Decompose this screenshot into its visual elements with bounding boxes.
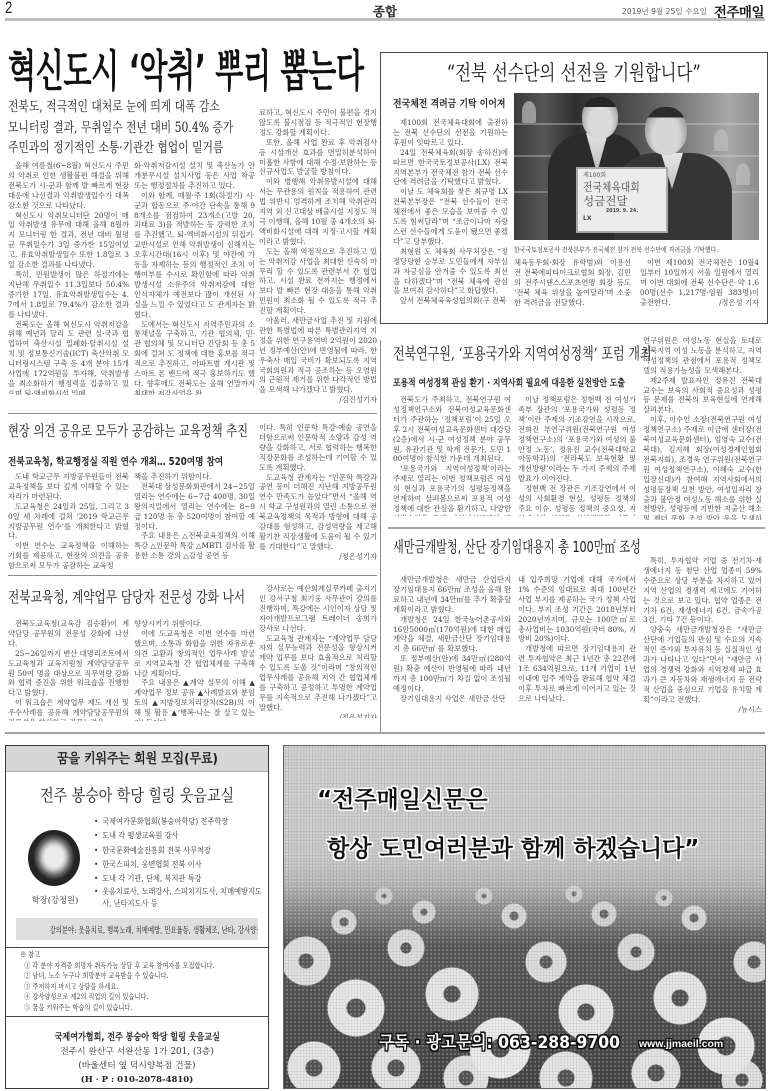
bullet-icon: • <box>94 858 102 872</box>
headline: 전북교육청, 계약업무 담당자 전문성 강화 나서 <box>8 588 245 607</box>
paragraph: 이날 도 체육회를 찾은 최규명 LX 전북본부장은 “전북 선수들이 전국체전… <box>393 187 508 246</box>
headline-container: “전북 선수단의 선전을 기원합니다” <box>380 60 768 86</box>
paragraph: 내 입주희망 기업에 대해 국가에서 1% 수준의 임대료로 최대 100년간 … <box>518 575 636 644</box>
subheadline: 전북도, 적극적인 대처로 눈에 띄게 대폭 감소 모니터링 결과, 무취일수 … <box>8 97 233 159</box>
credential-item: •웃음치료사, 노래강사, 스피치지도사, 치매예방지도사, 난타지도사 등 <box>94 886 265 910</box>
paragraph: 특히, 투자협약 기업 중 전기차·재생에너지 등 첨단 산업 업종이 59% … <box>643 556 762 625</box>
address: 전주시 완산구 서완산동 1가 201, (3층) <box>6 1045 268 1059</box>
note-item: ② 남녀, 노소 누구나 희망분야 교육받을 수 있습니다. <box>20 971 266 982</box>
paragraph: 화·악취저감시설 설치 및 축산농가 안개분무시설 설치사업 등은 사업 착공 … <box>134 161 255 191</box>
headline: 현장 의견 공유로 모두가 공감하는 교육정책 추진 <box>8 423 248 441</box>
header-rule <box>5 18 765 21</box>
paragraph: 도교육청 관계자는 “인문학 특강과 공연 등이 더해진 지난해 지방공무원 연… <box>259 473 377 552</box>
instructor-caption: 학장(강정원) <box>18 894 92 906</box>
lecture-fields-box: 강의분야: 웃음치료, 행복노래, 치매예방, 민요율동, 생활체조, 난타, … <box>16 918 258 940</box>
credential-text: 도내 각 기관, 단체, 복지관 특강 <box>102 874 201 883</box>
credential-item: •국제여가문화협회(봉숭아학당) 전주학장 <box>94 815 265 829</box>
article-column-1: 새만금개발청은 새만금 산업단지 장기임대용지 66만㎡ 조성을 올해 완료하고… <box>393 575 511 725</box>
ad-title-container: 전주 봉숭아 학당 힐링 웃음교실 <box>6 784 268 808</box>
lecture-fields: 강의분야: 웃음치료, 행복노래, 치매예방, 민요율동, 생활체조, 난타, … <box>50 919 258 940</box>
subheadline: 포용적 여성정책 관심 환기 · 지역사회 필요에 대응한 실천방안 도출 <box>393 375 625 389</box>
article-column-3: 료하고, 혁신도시 주민이 불편을 겪지 않도록 불시점검 등 적극적인 현장행… <box>259 108 377 406</box>
credential-text: 한국문화예술진흥회 전북 사무처장 <box>102 846 211 855</box>
subscription-contact: 구독 · 광고문의: 063-288-9700 <box>379 1032 620 1054</box>
paragraph: 향상시키기 위함이다. <box>134 619 255 629</box>
column-divider <box>380 340 381 732</box>
paragraph: 이다. 특히 인문학 특강·예술 공연을 더함으로써 인문학적 소양과 감성 역… <box>259 423 377 473</box>
paragraph: 책을 추진하기 위함이다. <box>134 472 255 482</box>
headline: 새만금개발청, 산단 장기임대용지 총 100만㎡ 조성 <box>393 538 641 557</box>
paragraph: 최형원 도 체육회 사무처장은 “정정당당한 승부로 도민들에게 자부심과 자긍… <box>393 247 508 297</box>
notes-title: ※ 참고 <box>20 950 266 961</box>
article-divider <box>8 413 377 414</box>
promo-slogan-line-2: 항상 도민여러분과 함께 하겠습니다” <box>327 835 699 863</box>
note-item: ③ 주저하지 마시고 상담을 하세요. <box>20 982 266 993</box>
paragraph: 체육동우회·회장 유학범)와 이용선 전 전북에피타이크로협회 회장, 김민의 … <box>514 258 631 308</box>
headline: 전북연구원, ‘포용국가와 지역여성정책’ 포럼 개최 <box>393 344 652 364</box>
credential-item: •한국스피치, 웅변협회 전북 이사 <box>94 858 265 872</box>
paragraph: 특히, 민원발생이 많은 하절기에는 지난해 무취일수 11.3일보다 50.4… <box>8 270 129 320</box>
website-url: www.jjmaeil.com <box>639 1037 723 1051</box>
article-column-1: 올해 여름철(6~8월) 혁신도시 주민의 악취로 인한 생활불편 해결을 위해… <box>8 161 129 395</box>
credentials-list: •국제여가문화협회(봉숭아학당) 전주학장 •도내 각 평생교육원 강사 •한국… <box>94 815 265 910</box>
photo-caption: 한국국토정보공사 전북본부가 전국체전 참가 전북 선수단에 격려금을 기탁했다… <box>514 244 718 254</box>
article-column-2: 화·악취저감시설 설치 및 축산농가 안개분무시설 설치사업 등은 사업 착공 … <box>134 161 255 395</box>
paragraph: 앞서 전북체육육성협의회(구 전북 <box>393 296 508 306</box>
notes-section: ※ 참고 ① 각 분야 자격증 희망자 취득가능 상담 후 교육 참여자를 모집… <box>20 950 266 1014</box>
donation-sign-board: 제100회 전국체육대회 성금전달 2019. 9. 24. LX <box>576 167 668 233</box>
credential-text: 도내 각 평생교육원 강사 <box>102 831 178 840</box>
trophy-icon <box>714 129 728 151</box>
paragraph: 전북대 삼성문화회관에서 24~25일 열리는 연수에는 6~7급 400명, … <box>134 482 255 532</box>
paragraph: 전북도가 주최하고, 전북연구원 여성정책연구소와 전북여성교육문화센터가 주관… <box>393 395 511 464</box>
subheadline-line: 전북도, 적극적인 대처로 눈에 띄게 대폭 감소 <box>8 97 233 118</box>
ad-contact-footer: 국제여가협회, 전주 봉숭아 학당 힐링 웃음교실 전주시 완산구 서완산동 1… <box>6 1025 268 1087</box>
credential-item: •한국문화예술진흥회 전북 사무처장 <box>94 844 265 858</box>
article-divider <box>388 527 765 529</box>
paragraph: 도는 올해 역점적으로 추진하고 있는 악취저감 사업을 최대한 신속히 마무리… <box>259 247 377 316</box>
note-item: ① 각 분야 자격증 희망자 취득가능 상담 후 교육 참여자를 모집합니다. <box>20 961 266 972</box>
paragraph: 이와 함께, 매월·주 1회(하절기) 시·군과 합동으로 주·야간 단속을 통… <box>134 191 255 320</box>
paragraph: ‘포용국가와 지역여성정책’이라는 주제로 열리는 이번 정책포럼은 여성의 현… <box>393 464 511 516</box>
paragraph: 개발청에 따르면 장기임대용지 관련 투자협약은 최근 1년간 총 22건에 1… <box>518 644 636 703</box>
paragraph: 제2주제 발표자인 정유진 전북대 교수는 보육의 사회적 중요성과 성평등 문… <box>643 376 762 416</box>
article-column-1: 전북도가 주최하고, 전북연구원 여성정책연구소와 전북여성교육문화센터가 주관… <box>393 395 511 516</box>
paragraph: 또한, 올해 사업 완료 후 악취검사 등 시설개선 효과를 면밀히분석하여 미… <box>259 138 377 178</box>
article-photo: 제100회 전국체육대회 성금전달 2019. 9. 24. LX <box>514 93 759 240</box>
ad-banner: 꿈을 키워주는 회원 모집(무료) <box>6 746 268 772</box>
paragraph-text: 이후, 이수인 소장(전북연구원 여성정책연구소) 주재로 이금애 센터장(전북… <box>643 415 762 520</box>
address-landmark: (바울센터 옆 덕시양복점 건물) <box>6 1059 268 1073</box>
paragraph: 이날 정책포럼은 정현백 전 여성가족부 장관의 ‘포용국가와 성평등 정책’이… <box>518 395 636 484</box>
paragraph: 아울러, 새만금사업 추진 및 지원에 관한 특별법에 따른 특별관리지역 지정… <box>259 316 377 395</box>
credential-text: 국제여가문화협회(봉숭아학당) 전주학장 <box>102 817 228 826</box>
trophy-icon <box>736 163 750 185</box>
ad-divider <box>6 947 268 948</box>
sign-subtitle: 성금전달 <box>583 194 661 208</box>
bullet-icon: • <box>94 872 102 886</box>
article-column-3: 특히, 투자협약 기업 중 전기차·재생에너지 등 첨단 산업 업종이 59% … <box>643 556 762 728</box>
bullet-icon: • <box>94 829 102 843</box>
article-column-2: 체육동우회·회장 유학범)와 이용선 전 전북에피타이크로협회 회장, 김민의 … <box>514 258 631 318</box>
ad-laughter-class: 꿈을 키워주는 회원 모집(무료) 전주 봉숭아 학당 힐링 웃음교실 학장(강… <box>5 745 269 1089</box>
ad-title: 전주 봉숭아 학당 힐링 웃음교실 <box>40 784 234 808</box>
subheadline: 전북교육청, 학교행정실 직원 연수 개최… 520여명 참여 <box>8 453 223 468</box>
paragraph: 이에 도교육청은 이번 연수를 마련했으며, 소통과 화합을 위한 자유로운 의… <box>134 629 255 679</box>
paragraph: 이번 제100회 전국체전은 10월4일부터 10일까지 서울 일원에서 열리며… <box>640 258 759 308</box>
byline: /뉴시스 <box>643 705 762 715</box>
paragraph: 24일 전북체육회(회장 송하진)에 따르면 한국국토정보공사(LX) 전북지역… <box>393 148 508 188</box>
article-column-2: 향상시키기 위함이다. 이에 도교육청은 이번 연수를 마련했으며, 소통과 화… <box>134 619 255 721</box>
organization-name: 국제여가협회, 전주 봉숭아 학당 힐링 웃음교실 <box>54 1031 219 1045</box>
article-column-3: 강사로는 예산회계실무카페 출지기인 강서구청 최기웅 사무관이 강의를 진행하… <box>259 584 377 718</box>
lx-logo-icon: LX <box>583 215 661 223</box>
paragraph: 장기임대용지 사업은 새만금 산단 <box>393 694 511 704</box>
headline: 혁신도시 ‘악취’ 뿌리 뽑는다 <box>8 47 364 97</box>
paragraph: 도에서는 혁신도시 지역주민과의 소통채널을 구축하고, 기관 협의체, 민·관… <box>134 320 255 396</box>
paragraph: 전북도교육청(교육감 김승환)이 계약담당 공무원의 전문성 강화에 나선다. <box>8 619 129 649</box>
paragraph: 도교육청 관계자는 “계약업무 담당자의 실무능력과 전문성을 향상시켜 계약 … <box>259 634 377 713</box>
paragraph: 이 워크숍은 계약업무 제도 개선 및 우수사례를 공유해 계약담당공무원의 전… <box>8 698 129 721</box>
subheadline-line: 모니터링 결과, 무취일수 전년 대비 50.4% 증가 <box>8 118 233 139</box>
byline: /정은성기자 <box>259 552 377 562</box>
byline: /정은성 기자 <box>712 298 759 308</box>
sign-title: 전국체육대회 <box>583 180 649 194</box>
article-column-3: 연구위원은 여성노동 현실을 토대로 전북지역 여성 노동을 분석하고, 지역 … <box>643 336 762 520</box>
article-column-2: 이날 정책포럼은 정현백 전 여성가족부 장관의 ‘포용국가와 성평등 정책’이… <box>518 395 636 516</box>
credential-text: 한국스피치, 웅변협회 전북 이사 <box>102 860 202 869</box>
credential-item: •도내 각 평생교육원 강사 <box>94 829 265 843</box>
person-left-head <box>582 97 618 139</box>
ad-banner-text: 꿈을 키워주는 회원 모집(무료) <box>57 746 218 772</box>
instructor-photo <box>28 830 80 886</box>
paragraph: 연구위원은 여성노동 현실을 토대로 전북지역 여성 노동을 분석하고, 지역 … <box>643 336 762 376</box>
section-divider <box>5 732 765 734</box>
paragraph: 25~26일까지 변산 대명리조트에서 도교육청과 교육지원청 계약담당공무원 … <box>8 649 129 699</box>
article-column-1: 전북도교육청(교육감 김승환)이 계약담당 공무원의 전문성 강화에 나선다. … <box>8 619 129 721</box>
organization-container: 국제여가협회, 전주 봉숭아 학당 힐링 웃음교실 <box>6 1025 268 1045</box>
sign-date: 2019. 9. 24. <box>583 208 661 215</box>
trophy-icon <box>522 101 536 123</box>
credential-text: 웃음치료사, 노래강사, 스피치지도사, 치매예방지도사, 난타지도사 등 <box>102 887 262 908</box>
paragraph: 이번 연수는 교육정책을 이해하는 기회를 제공하고, 현장의 의견을 공유함으… <box>8 541 129 570</box>
phone-number: (H · P : 010-2078-4810) <box>6 1073 268 1087</box>
credential-item: •도내 각 기관, 단체, 복지관 특강 <box>94 872 265 886</box>
subheadline-line: 주민과의 정기적인 소통·기관간 협업이 밑거름 <box>8 138 233 159</box>
byline: /김진성기자 <box>259 395 377 405</box>
byline: /정은성기자 <box>259 713 377 718</box>
paragraph: 도교육청은 24일과 25일, 그리고 30일 세 차례에 걸쳐 ‘2019 학… <box>8 502 129 542</box>
paragraph: 료하고, 혁신도시 주민이 불편을 겪지 않도록 불시점검 등 적극적인 현장행… <box>259 108 377 138</box>
bullet-icon: • <box>94 844 102 858</box>
article-column-3: 이다. 특히 인문학 특강·예술 공연을 더함으로써 인문학적 소양과 감성 역… <box>259 423 377 569</box>
paragraph: 정현백 전 장관은 기조강연에서 여성의 사회환경 현실, 성평등 정책의 주요… <box>518 484 636 516</box>
article-divider <box>8 575 377 576</box>
article-column-2: 책을 추진하기 위함이다. 전북대 삼성문화회관에서 24~25일 열리는 연수… <box>134 472 255 570</box>
paragraph: 올해 여름철(6~8월) 혁신도시 주민의 악취로 인한 생활불편 해결을 위해… <box>8 161 129 211</box>
bullet-icon: • <box>94 815 102 829</box>
paragraph: 전북도는 올해 혁신도시 악취저감을 위해 예년과 달리 도 관련 실·국과 협… <box>8 320 129 396</box>
bullet-icon: • <box>94 886 102 898</box>
sign-edition: 제100회 <box>583 172 661 180</box>
paragraph: 혁신도시 악취모니터단 20명이 매일 악취발생 유무에 대해 올해 8월까지 … <box>8 211 129 270</box>
paragraph: 강사로는 예산회계실무카페 출지기인 강서구청 최기웅 사무관이 강의를 진행하… <box>259 584 377 634</box>
paragraph: 주요 내용은 ▲계약 실무의 이해 ▲계약업무 정보 공유 ▲사례발표와 분임토… <box>134 678 255 721</box>
article-column-2: 내 입주희망 기업에 대해 국가에서 1% 수준의 임대료로 최대 100년간 … <box>518 575 636 725</box>
paragraph: 새만금개발청은 새만금 산업단지 장기임대용지 66만㎡ 조성을 올해 완료하고… <box>393 575 511 615</box>
note-item: ④ 강사양성으로 제2의 직업의 길이 있습니다. <box>20 992 266 1003</box>
paragraph: 양충숙 새만금개발청장은 “새만금산단에 기업들의 관심 및 수요의 지속적인 … <box>643 625 762 704</box>
subheadline: 전국체전 격려금 기탁 이어져 <box>393 95 505 110</box>
paragraph: 개발청은 24일 한국농어촌공사와 16만5000㎡(170억원)에 대한 매입… <box>393 615 511 655</box>
paragraph: 도내 학교근무 지방공무원들이 전북교육정책을 보다 깊게 이해할 수 있는 자… <box>8 472 129 502</box>
paragraph: 제100회 전국체육대회에 출전하는 전북 선수단의 선전을 기원하는 후원이 … <box>393 118 508 148</box>
paragraph: 또 정부예산(안)에 34만㎡(280억원) 확충 예산이 반영됨에 따라 내년… <box>393 654 511 694</box>
article-column-1: 도내 학교근무 지방공무원들이 전북교육정책을 보다 깊게 이해할 수 있는 자… <box>8 472 129 570</box>
promo-slogan-line-1: “전주매일신문은 <box>317 786 488 814</box>
paragraph: 이후, 이수인 소장(전북연구원 여성정책연구소) 주재로 이금애 센터장(전북… <box>643 415 762 520</box>
ad-divider <box>6 1016 268 1017</box>
headline: “전북 선수단의 선전을 기원합니다” <box>447 60 701 86</box>
photo-cabinet-shelf <box>514 123 759 125</box>
paragraph: 이와 병행해 악취유발시설에 대해서는 무관용의 원칙을 적용하여 관련 법 위… <box>259 177 377 246</box>
issue-date: 2019년 9월 25일 수요일 <box>622 6 707 17</box>
note-item: ⑤ 꿈을 키워주는 학습의 길이 있습니다. <box>20 1003 266 1014</box>
paragraph: 주요 내용은 △전북교육정책의 이해 특강 △인문학 특강 △MBTI 검사를 … <box>134 531 255 561</box>
ad-newspaper-promo: “전주매일신문은 항상 도민여러분과 함께 하겠습니다” 구독 · 광고문의: … <box>283 745 766 1089</box>
person-right-head <box>645 107 687 155</box>
article-column-3: 이번 제100회 전국체전은 10월4일부터 10일까지 서울 일원에서 열리며… <box>640 258 759 318</box>
article-column-1: 제100회 전국체육대회에 출전하는 전북 선수단의 선전을 기원하는 후원이 … <box>393 118 508 318</box>
